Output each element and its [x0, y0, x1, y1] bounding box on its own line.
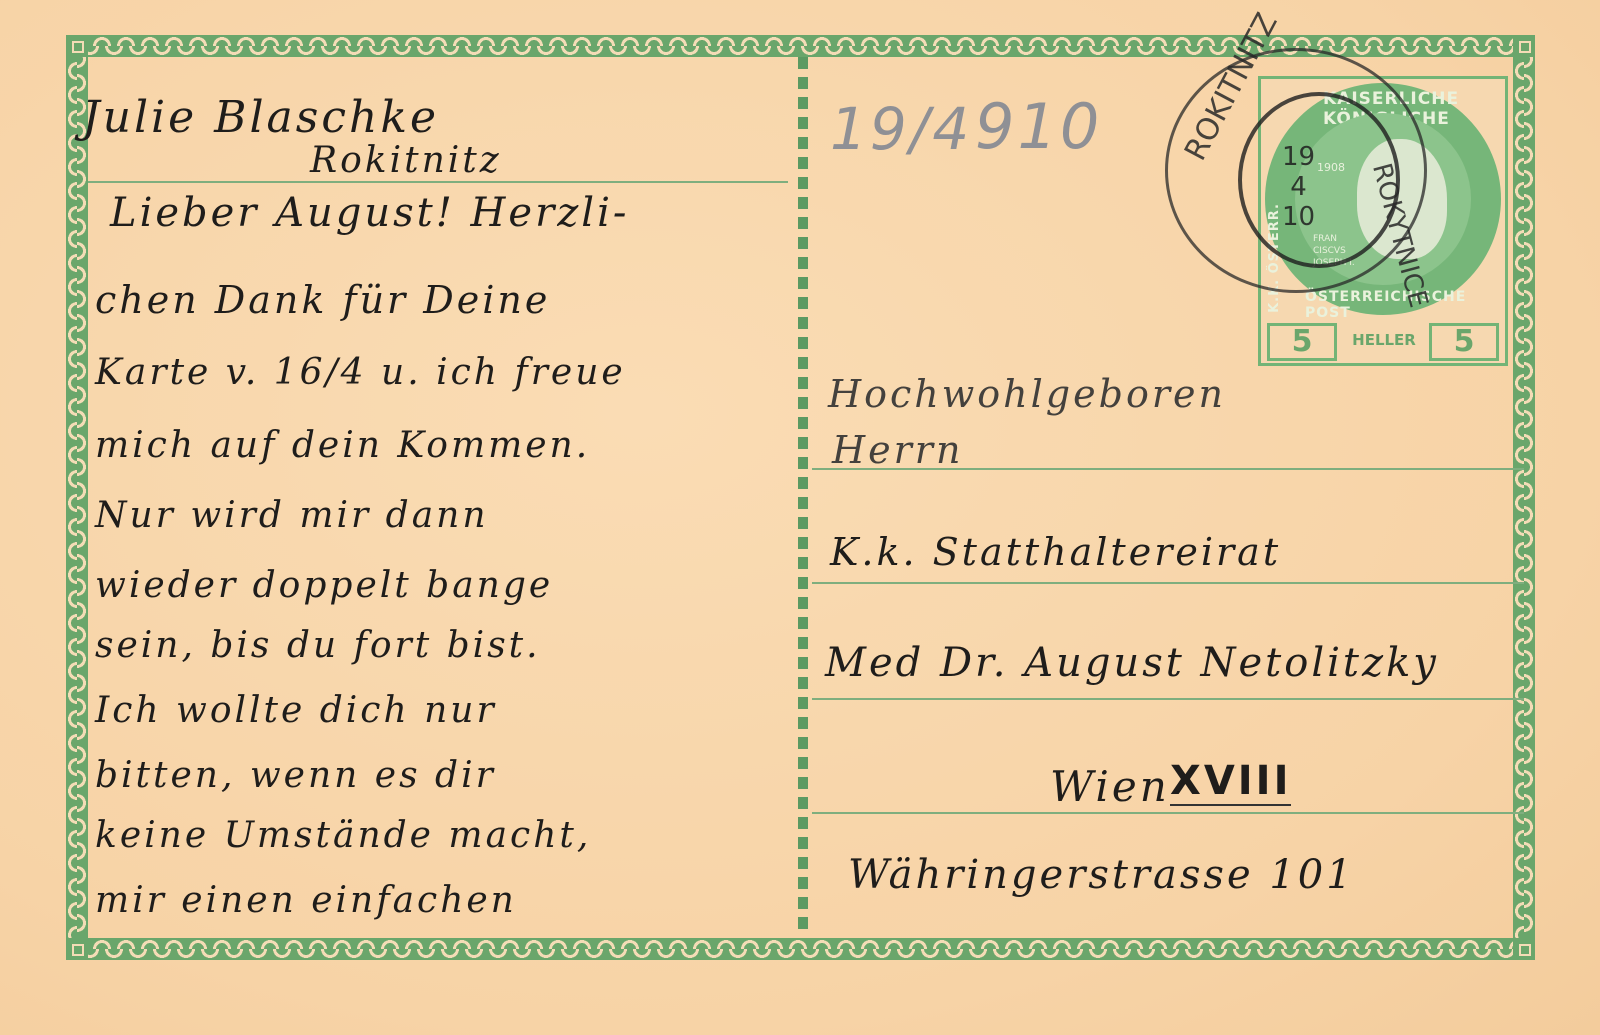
postmark-day: 19: [1282, 142, 1315, 172]
address-title: Herrn: [832, 428, 963, 472]
message-line: mich auf dein Kommen.: [95, 425, 590, 466]
address-street: Währingerstrasse 101: [848, 852, 1355, 898]
message-line: chen Dank für Deine: [95, 278, 550, 322]
address-rule-2: [812, 582, 1524, 584]
message-line: keine Umstände macht,: [95, 815, 591, 856]
message-line: mir einen einfachen: [95, 880, 517, 921]
sender-rule: [88, 181, 788, 183]
message-line: sein, bis du fort bist.: [95, 625, 541, 666]
sender-town: Rokitnitz: [310, 140, 502, 181]
message-line: bitten, wenn es dir: [95, 755, 496, 796]
address-city: Wien: [1050, 762, 1170, 811]
address-salutation: Hochwohlgeboren: [828, 372, 1226, 416]
corner-square-icon: [1513, 35, 1535, 57]
stamp-value-left: 5: [1267, 323, 1337, 361]
address-line2: Med Dr. August Netolitzky: [825, 640, 1439, 686]
message-line: Nur wird mir dann: [95, 495, 489, 536]
pencil-year: 910: [975, 90, 1102, 163]
postmark-year: 10: [1282, 202, 1315, 232]
stamp-value-right: 5: [1429, 323, 1499, 361]
message-line: Lieber August! Herzli-: [110, 190, 629, 236]
address-line1: K.k. Statthaltereirat: [830, 530, 1281, 574]
dotted-divider: [798, 57, 808, 937]
stamp-currency: HELLER: [1347, 331, 1421, 349]
corner-square-icon: [66, 35, 88, 57]
border-left: [66, 35, 88, 960]
message-line: Karte v. 16/4 u. ich freue: [95, 352, 626, 393]
address-district: XVIII: [1170, 758, 1291, 806]
corner-square-icon: [1513, 938, 1535, 960]
postmark-date: 19 4 10: [1282, 142, 1315, 232]
pencil-date: 19/4: [830, 95, 972, 163]
message-line: wieder doppelt bange: [95, 565, 553, 606]
border-bottom: [66, 938, 1535, 960]
border-right: [1513, 35, 1535, 960]
postcard: Julie Blaschke Rokitnitz 19/4 910 Lieber…: [0, 0, 1600, 1035]
sender-name: Julie Blaschke: [82, 92, 439, 143]
address-rule-4: [812, 812, 1524, 814]
message-line: Ich wollte dich nur: [95, 690, 497, 731]
address-rule-3: [812, 698, 1524, 700]
postmark-month: 4: [1282, 172, 1315, 202]
corner-square-icon: [66, 938, 88, 960]
